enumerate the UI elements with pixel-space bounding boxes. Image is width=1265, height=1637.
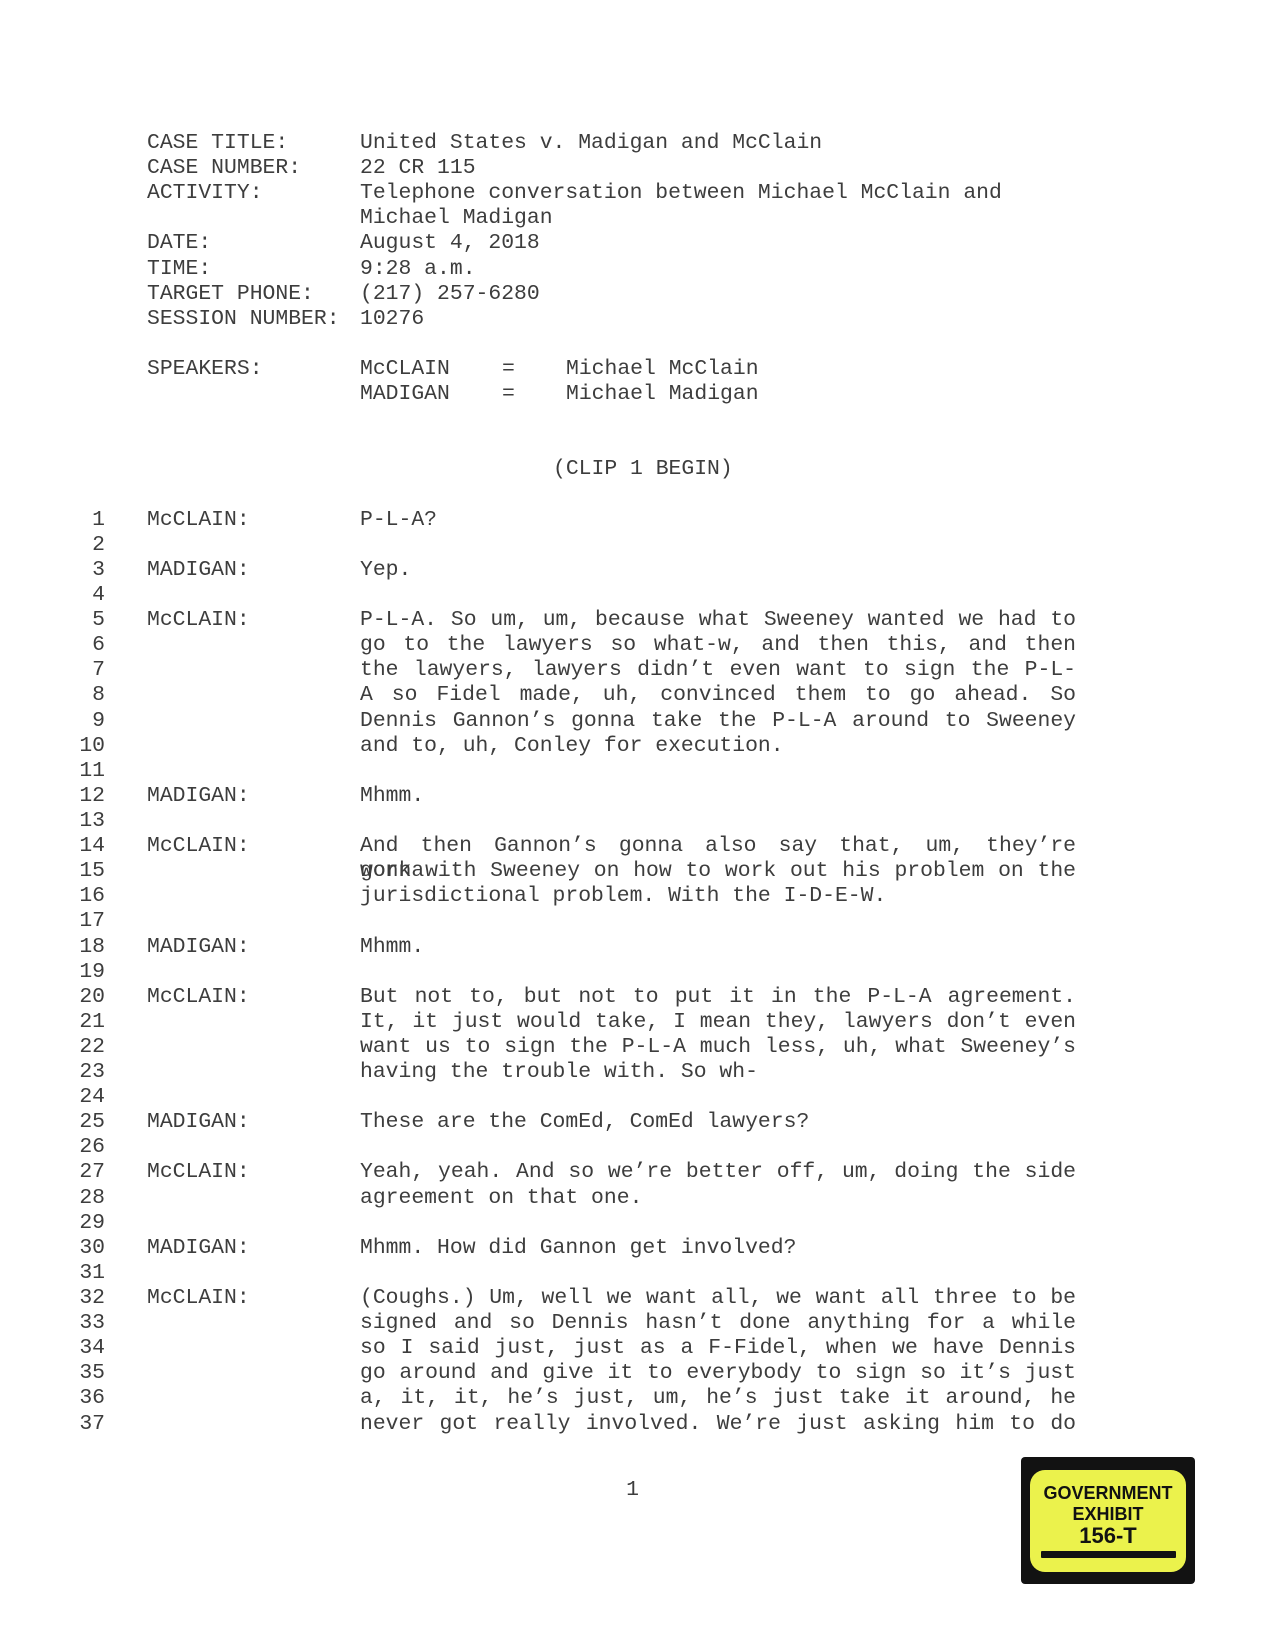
clip-marker: (CLIP 1 BEGIN) <box>553 457 733 482</box>
line-text <box>360 1135 1076 1160</box>
line-number: 30 <box>79 1236 105 1261</box>
transcript-row: 16jurisdictional problem. With the I-D-E… <box>0 884 1265 909</box>
speaker-label: McCLAIN: <box>147 834 360 859</box>
transcript-row: 30MADIGAN:Mhmm. How did Gannon get invol… <box>0 1236 1265 1261</box>
line-text: And then Gannon’s gonna also say that, u… <box>360 834 1076 859</box>
speaker-label: MADIGAN: <box>147 1236 360 1261</box>
line-number: 19 <box>79 960 105 985</box>
transcript-row: 37never got really involved. We’re just … <box>0 1412 1265 1437</box>
transcript-row: 25MADIGAN:These are the ComEd, ComEd law… <box>0 1110 1265 1135</box>
transcript-row: 24 <box>0 1085 1265 1110</box>
header-row: ACTIVITY:Telephone conversation between … <box>0 181 1265 206</box>
transcript-row: 2 <box>0 533 1265 558</box>
speaker-label: McCLAIN: <box>147 1286 360 1311</box>
transcript-row: 8A so Fidel made, uh, convinced them to … <box>0 683 1265 708</box>
line-number: 34 <box>79 1336 105 1361</box>
speaker-label <box>147 709 360 734</box>
speaker-label <box>147 759 360 784</box>
speaker-label <box>147 1135 360 1160</box>
line-text: go around and give it to everybody to si… <box>360 1361 1076 1386</box>
line-text: the lawyers, lawyers didn’t even want to… <box>360 658 1076 683</box>
transcript-row: 7the lawyers, lawyers didn’t even want t… <box>0 658 1265 683</box>
speaker-label <box>147 1386 360 1411</box>
line-text <box>360 1085 1076 1110</box>
line-number: 12 <box>79 784 105 809</box>
line-number: 13 <box>79 809 105 834</box>
line-text: These are the ComEd, ComEd lawyers? <box>360 1110 1076 1135</box>
blank-row <box>0 432 1265 457</box>
exhibit-stamp-label: GOVERNMENT EXHIBIT 156-T <box>1030 1470 1186 1572</box>
line-text <box>360 1261 1076 1286</box>
stamp-text-number: 156-T <box>1079 1524 1136 1548</box>
header-row: CASE TITLE:United States v. Madigan and … <box>0 131 1265 156</box>
line-text <box>360 809 1076 834</box>
transcript-row: 29 <box>0 1211 1265 1236</box>
line-text: Mhmm. How did Gannon get involved? <box>360 1236 1076 1261</box>
speaker-label: MADIGAN: <box>147 784 360 809</box>
line-number: 32 <box>79 1286 105 1311</box>
speaker-label <box>147 1060 360 1085</box>
clip-marker-row: (CLIP 1 BEGIN) <box>0 457 1265 482</box>
line-text <box>360 909 1076 934</box>
line-text: Dennis Gannon’s gonna take the P-L-A aro… <box>360 709 1076 734</box>
speaker-label <box>147 1010 360 1035</box>
speaker-label: McCLAIN: <box>147 508 360 533</box>
transcript-row: 22want us to sign the P-L-A much less, u… <box>0 1035 1265 1060</box>
transcript-row: 34so I said just, just as a F-Fidel, whe… <box>0 1336 1265 1361</box>
speaker-label <box>147 1211 360 1236</box>
transcript-row: 36a, it, it, he’s just, um, he’s just ta… <box>0 1386 1265 1411</box>
transcript-row: 5McCLAIN:P-L-A. So um, um, because what … <box>0 608 1265 633</box>
speaker-full-name: Michael Madigan <box>566 382 759 407</box>
line-text <box>360 759 1076 784</box>
transcript-page: CASE TITLE:United States v. Madigan and … <box>0 0 1265 1637</box>
speaker-label <box>147 633 360 658</box>
line-text: jurisdictional problem. With the I-D-E-W… <box>360 884 1076 909</box>
transcript-row: 15work with Sweeney on how to work out h… <box>0 859 1265 884</box>
header-value: 10276 <box>360 307 424 332</box>
header-row: SESSION NUMBER:10276 <box>0 307 1265 332</box>
speaker-label: McCLAIN: <box>147 985 360 1010</box>
transcript-row: 28agreement on that one. <box>0 1186 1265 1211</box>
line-number: 27 <box>79 1160 105 1185</box>
header-value: United States v. Madigan and McClain <box>360 131 822 156</box>
header-row: CASE NUMBER:22 CR 115 <box>0 156 1265 181</box>
line-text: Mhmm. <box>360 935 1076 960</box>
speaker-label: McCLAIN: <box>147 608 360 633</box>
line-number: 6 <box>79 633 105 658</box>
line-text: signed and so Dennis hasn’t done anythin… <box>360 1311 1076 1336</box>
blank-row <box>0 332 1265 357</box>
line-text: and to, uh, Conley for execution. <box>360 734 1076 759</box>
speaker-label: MADIGAN: <box>147 1110 360 1135</box>
line-text: (Coughs.) Um, well we want all, we want … <box>360 1286 1076 1311</box>
speakers-label: SPEAKERS: <box>147 357 360 382</box>
speaker-label <box>147 1186 360 1211</box>
transcript-row: 31 <box>0 1261 1265 1286</box>
header-label <box>147 206 360 231</box>
line-number: 20 <box>79 985 105 1010</box>
speaker-label: MADIGAN: <box>147 558 360 583</box>
line-text <box>360 583 1076 608</box>
header-label: DATE: <box>147 231 360 256</box>
line-text: having the trouble with. So wh- <box>360 1060 1076 1085</box>
line-number: 26 <box>79 1135 105 1160</box>
speaker-full-name: Michael McClain <box>566 357 759 382</box>
equals-sign: = <box>502 357 566 382</box>
speaker-short-name: McCLAIN <box>360 357 502 382</box>
header-label: SESSION NUMBER: <box>147 307 360 332</box>
line-text: agreement on that one. <box>360 1186 1076 1211</box>
line-number: 7 <box>79 658 105 683</box>
line-number: 3 <box>79 558 105 583</box>
speaker-label <box>147 1361 360 1386</box>
line-number: 33 <box>79 1311 105 1336</box>
transcript-row: 32McCLAIN:(Coughs.) Um, well we want all… <box>0 1286 1265 1311</box>
transcript-row: 33signed and so Dennis hasn’t done anyth… <box>0 1311 1265 1336</box>
line-number: 4 <box>79 583 105 608</box>
speaker-label <box>147 658 360 683</box>
line-number: 9 <box>79 709 105 734</box>
stamp-text-exhibit: EXHIBIT <box>1072 1504 1143 1525</box>
speaker-label: McCLAIN: <box>147 1160 360 1185</box>
header-row: TIME:9:28 a.m. <box>0 257 1265 282</box>
header-label: TIME: <box>147 257 360 282</box>
header-value: (217) 257-6280 <box>360 282 540 307</box>
blank-row <box>0 407 1265 432</box>
header-label: CASE NUMBER: <box>147 156 360 181</box>
transcript-row: 3MADIGAN:Yep. <box>0 558 1265 583</box>
header-value: 22 CR 115 <box>360 156 476 181</box>
line-text: A so Fidel made, uh, convinced them to g… <box>360 683 1076 708</box>
line-number: 17 <box>79 909 105 934</box>
header-row: TARGET PHONE:(217) 257-6280 <box>0 282 1265 307</box>
line-number: 5 <box>79 608 105 633</box>
header-value: August 4, 2018 <box>360 231 540 256</box>
line-text: a, it, it, he’s just, um, he’s just take… <box>360 1386 1076 1411</box>
header-row: DATE:August 4, 2018 <box>0 231 1265 256</box>
speaker-short-name: MADIGAN <box>360 382 502 407</box>
transcript-row: 1McCLAIN:P-L-A? <box>0 508 1265 533</box>
transcript-row: 23having the trouble with. So wh- <box>0 1060 1265 1085</box>
line-text: so I said just, just as a F-Fidel, when … <box>360 1336 1076 1361</box>
line-number: 2 <box>79 533 105 558</box>
speaker-label <box>147 859 360 884</box>
speaker-label <box>147 960 360 985</box>
transcript-row: 20McCLAIN:But not to, but not to put it … <box>0 985 1265 1010</box>
blank-row <box>0 483 1265 508</box>
speaker-label <box>147 809 360 834</box>
line-number: 23 <box>79 1060 105 1085</box>
header-row: Michael Madigan <box>0 206 1265 231</box>
speaker-label: MADIGAN: <box>147 935 360 960</box>
line-text: P-L-A. So um, um, because what Sweeney w… <box>360 608 1076 633</box>
line-number: 16 <box>79 884 105 909</box>
line-text: Yep. <box>360 558 1076 583</box>
exhibit-stamp: GOVERNMENT EXHIBIT 156-T <box>1021 1457 1195 1584</box>
speaker-label <box>147 533 360 558</box>
transcript-row: 4 <box>0 583 1265 608</box>
line-number: 28 <box>79 1186 105 1211</box>
transcript-row: 10and to, uh, Conley for execution. <box>0 734 1265 759</box>
line-number: 18 <box>79 935 105 960</box>
line-number: 35 <box>79 1361 105 1386</box>
speaker-label <box>147 734 360 759</box>
line-text: But not to, but not to put it in the P-L… <box>360 985 1076 1010</box>
header-label: TARGET PHONE: <box>147 282 360 307</box>
header-value: Michael Madigan <box>360 206 553 231</box>
line-number: 14 <box>79 834 105 859</box>
speaker-label <box>147 683 360 708</box>
transcript-row: 21It, it just would take, I mean they, l… <box>0 1010 1265 1035</box>
speaker-label <box>147 1412 360 1437</box>
transcript-row: 12MADIGAN:Mhmm. <box>0 784 1265 809</box>
transcript-row: 27McCLAIN:Yeah, yeah. And so we’re bette… <box>0 1160 1265 1185</box>
transcript-row: 13 <box>0 809 1265 834</box>
transcript-row: 17 <box>0 909 1265 934</box>
line-text: work with Sweeney on how to work out his… <box>360 859 1076 884</box>
speaker-label <box>147 884 360 909</box>
line-text: want us to sign the P-L-A much less, uh,… <box>360 1035 1076 1060</box>
header-label: CASE TITLE: <box>147 131 360 156</box>
typed-content: CASE TITLE:United States v. Madigan and … <box>0 131 1265 1437</box>
line-text: Yeah, yeah. And so we’re better off, um,… <box>360 1160 1076 1185</box>
speaker-label <box>147 583 360 608</box>
line-number: 29 <box>79 1211 105 1236</box>
speaker-label <box>147 1311 360 1336</box>
line-text: go to the lawyers so what-w, and then th… <box>360 633 1076 658</box>
line-number: 8 <box>79 683 105 708</box>
header-label: ACTIVITY: <box>147 181 360 206</box>
header-value: Telephone conversation between Michael M… <box>360 181 1002 206</box>
line-number: 36 <box>79 1386 105 1411</box>
line-text <box>360 533 1076 558</box>
line-text: never got really involved. We’re just as… <box>360 1412 1076 1437</box>
line-number: 15 <box>79 859 105 884</box>
transcript-row: 26 <box>0 1135 1265 1160</box>
line-number: 31 <box>79 1261 105 1286</box>
line-text: P-L-A? <box>360 508 1076 533</box>
equals-sign: = <box>502 382 566 407</box>
speaker-label <box>147 1035 360 1060</box>
speaker-label <box>147 1261 360 1286</box>
line-number: 10 <box>79 734 105 759</box>
speakers-row: SPEAKERS:McCLAIN=Michael McClain <box>0 357 1265 382</box>
line-text <box>360 960 1076 985</box>
transcript-row: 11 <box>0 759 1265 784</box>
speakers-label <box>147 382 360 407</box>
line-text <box>360 1211 1076 1236</box>
line-number: 37 <box>79 1412 105 1437</box>
transcript-row: 19 <box>0 960 1265 985</box>
stamp-underline <box>1041 1551 1176 1558</box>
line-text: Mhmm. <box>360 784 1076 809</box>
line-number: 24 <box>79 1085 105 1110</box>
transcript-row: 18MADIGAN:Mhmm. <box>0 935 1265 960</box>
transcript-row: 35go around and give it to everybody to … <box>0 1361 1265 1386</box>
line-text: It, it just would take, I mean they, law… <box>360 1010 1076 1035</box>
line-number: 21 <box>79 1010 105 1035</box>
transcript-row: 6go to the lawyers so what-w, and then t… <box>0 633 1265 658</box>
speakers-row: MADIGAN=Michael Madigan <box>0 382 1265 407</box>
line-number: 22 <box>79 1035 105 1060</box>
speaker-label <box>147 909 360 934</box>
speaker-label <box>147 1085 360 1110</box>
transcript-row: 14McCLAIN:And then Gannon’s gonna also s… <box>0 834 1265 859</box>
line-number: 25 <box>79 1110 105 1135</box>
speaker-label <box>147 1336 360 1361</box>
line-number: 11 <box>79 759 105 784</box>
transcript-row: 9Dennis Gannon’s gonna take the P-L-A ar… <box>0 709 1265 734</box>
line-number: 1 <box>79 508 105 533</box>
stamp-text-government: GOVERNMENT <box>1043 1483 1172 1504</box>
header-value: 9:28 a.m. <box>360 257 476 282</box>
